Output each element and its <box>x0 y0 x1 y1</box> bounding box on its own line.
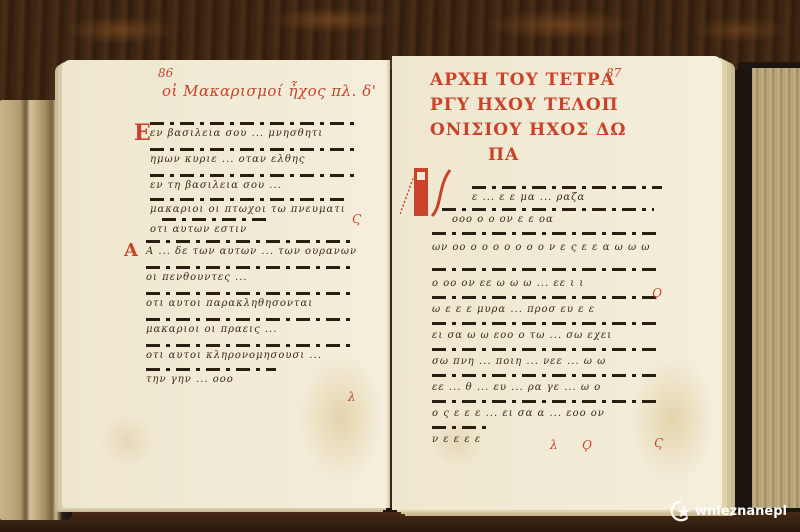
watermark-text: wnieznanepl <box>695 504 787 519</box>
text-line: οτι αυτων εστιν <box>150 224 247 235</box>
neume-row <box>146 266 354 269</box>
text-line: την γην ... οοο <box>146 374 234 385</box>
text-line: οι πενθουντες ... <box>146 272 248 283</box>
folio-number: 86 <box>158 66 173 80</box>
text-line: εν τη βασιλεια σου ... <box>150 180 282 191</box>
neume-row <box>162 218 272 221</box>
text-line: ε ... ε ε μα ... ραζα <box>472 192 585 203</box>
neume-row <box>432 268 658 271</box>
watermark: wnieznanepl <box>670 500 787 522</box>
right-book-page-edges <box>752 68 800 508</box>
text-line: ημων κυριε ... οταν ελθης <box>150 154 305 165</box>
margin-mark: λ <box>550 438 558 452</box>
text-line: μακαριοι οι πτωχοι τω πνευματι <box>150 204 346 215</box>
margin-mark: Ϙ <box>652 286 662 300</box>
text-line: οτι αυτοι παρακληθησονται <box>146 298 313 309</box>
neume-row <box>472 186 662 189</box>
text-line: εε ... θ ... ευ ... ρα γε ... ω ο <box>432 382 601 393</box>
neume-row <box>146 240 356 243</box>
text-line: ο οο ον εε ω ω ω ... εε ι ι <box>432 278 584 289</box>
neume-row <box>150 148 356 151</box>
neume-row <box>432 426 492 429</box>
text-line: ο ς ε ε ε ... ει σα α ... εοο ον <box>432 408 605 419</box>
neume-row <box>442 208 654 211</box>
margin-mark: Ϛ <box>654 436 663 450</box>
text-line: ν ε ε ε ε <box>432 434 481 445</box>
neume-row <box>146 344 352 347</box>
right-page: 87 ΑΡΧΗ ΤΟΥ ΤΕΤΡΑ ΡΓΥ ΗΧΟΥ ΤΕΛΟΠ ΟΝΙΣΙΟΥ… <box>392 56 722 510</box>
margin-mark: Ϛ <box>352 212 361 226</box>
title-sub: ΠΑ <box>430 143 626 168</box>
neume-row <box>432 322 658 325</box>
second-initial: Α <box>124 240 138 261</box>
neume-row <box>150 174 356 177</box>
text-line: μακαριοι οι πραεις ... <box>146 324 277 335</box>
title-line: ΑΡΧΗ ΤΟΥ ΤΕΤΡΑ <box>430 68 626 93</box>
neume-row <box>146 368 276 371</box>
neume-row <box>432 348 658 351</box>
star-circle-logo-icon <box>670 500 692 522</box>
text-line: εν βασιλεια σου ... μνησθητι <box>150 128 323 139</box>
initial-letter: Ε <box>134 120 151 146</box>
title-line: ΡΓΥ ΗΧΟΥ ΤΕΛΟΠ <box>430 93 626 118</box>
neume-row <box>146 318 352 321</box>
neume-row <box>432 296 658 299</box>
neume-row <box>432 232 658 235</box>
page-title: ΑΡΧΗ ΤΟΥ ΤΕΤΡΑ ΡΓΥ ΗΧΟΥ ΤΕΛΟΠ ΟΝΙΣΙΟΥ ΗΧ… <box>430 68 626 168</box>
page-title: οἱ Μακαρισμοί ἦχος πλ. δ' <box>162 82 376 100</box>
text-line: ει σα ω ω εοο ο τω ... σω εχει <box>432 330 612 341</box>
neume-row <box>150 198 350 201</box>
neume-row <box>150 122 356 125</box>
neume-row <box>432 400 658 403</box>
left-page: 86 οἱ Μακαρισμοί ἦχος πλ. δ' Ε Α εν βασι… <box>62 60 390 508</box>
text-line: σω πνη ... ποιη ... νεε ... ω ω <box>432 356 606 367</box>
margin-mark: Ϙ <box>582 438 592 452</box>
neume-row <box>432 374 658 377</box>
text-line: οτι αυτοι κληρονομησουσι ... <box>146 350 322 361</box>
right-adjacent-book <box>738 62 800 512</box>
text-line: ων οο ο ο ο ο ο ο ο ν ε ς ε ε α ω ω ω <box>432 242 650 253</box>
title-line: ΟΝΙΣΙΟΥ ΗΧΟΣ ΔΩ <box>430 118 626 143</box>
neume-row <box>146 292 352 295</box>
mode-sign: πλ. δ' <box>331 82 376 100</box>
margin-mark: λ <box>348 390 356 404</box>
text-line: Α ... δε των αυτων ... των ουρανων <box>146 246 357 257</box>
text-line: οοο ο ο ον ε ε οα <box>452 214 554 225</box>
text-line: ω ε ε ε μυρα ... προσ ευ ε ε <box>432 304 595 315</box>
title-text: οἱ Μακαρισμοί ἦχος <box>162 82 326 100</box>
